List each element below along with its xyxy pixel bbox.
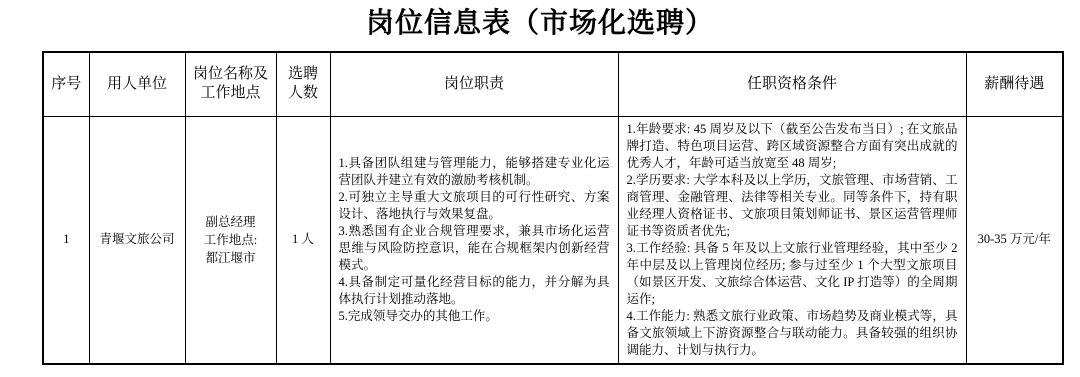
cell-qualifications: 1.年龄要求: 45 周岁及以下（截至公告发布当日）; 在文旅品牌打造、特色项目… <box>618 116 966 364</box>
cell-duties: 1.具备团队组建与管理能力，能够搭建专业化运营团队并建立有效的激励考核机制。 2… <box>330 116 618 364</box>
duty-item: 3.熟悉国有企业合规管理要求，兼具市场化运营思维与风险防控意识，能在合规框架内创… <box>339 223 610 274</box>
duty-item: 5.完成领导交办的其他工作。 <box>339 308 610 325</box>
col-header-qualifications: 任职资格条件 <box>618 52 966 116</box>
col-header-salary: 薪酬待遇 <box>966 52 1063 116</box>
col-header-duties: 岗位职责 <box>330 52 618 116</box>
qualification-item: 1.年龄要求: 45 周岁及以下（截至公告发布当日）; 在文旅品牌打造、特色项目… <box>627 121 958 172</box>
table-row: 1 青堰文旅公司 副总经理 工作地点: 都江堰市 1 人 1.具备团队组建与管理… <box>43 116 1063 364</box>
work-location-label: 工作地点: <box>190 231 272 249</box>
page-title: 岗位信息表（市场化选聘） <box>0 6 1080 42</box>
work-location-value: 都江堰市 <box>190 249 272 267</box>
cell-headcount: 1 人 <box>276 116 330 364</box>
position-name: 副总经理 <box>190 213 272 231</box>
duty-item: 2.可独立主导重大文旅项目的可行性研究、方案设计、落地执行与效果复盘。 <box>339 189 610 223</box>
cell-seq: 1 <box>43 116 89 364</box>
qualification-item: 4.工作能力: 熟悉文旅行业政策、市场趋势及商业模式等，具备文旅领域上下游资源整… <box>627 308 958 359</box>
col-header-position-location: 岗位名称及 工作地点 <box>185 52 276 116</box>
position-info-table: 序号 用人单位 岗位名称及 工作地点 选聘 人数 岗位职责 任职资格条件 薪酬待… <box>42 51 1064 365</box>
cell-employer: 青堰文旅公司 <box>89 116 185 364</box>
qualification-item: 3.工作经验: 具备 5 年及以上文旅行业管理经验，其中至少 2 年中层及以上管… <box>627 240 958 308</box>
duty-item: 4.具备制定可量化经营目标的能力，并分解为具体执行计划推动落地。 <box>339 274 610 308</box>
document-page: 岗位信息表（市场化选聘） 序号 用人单位 岗位名称及 工作地点 选聘 人数 岗位… <box>0 0 1080 377</box>
col-header-seq: 序号 <box>43 52 89 116</box>
duty-item: 1.具备团队组建与管理能力，能够搭建专业化运营团队并建立有效的激励考核机制。 <box>339 155 610 189</box>
cell-salary: 30-35 万元/年 <box>966 116 1063 364</box>
col-header-headcount: 选聘 人数 <box>276 52 330 116</box>
header-row: 序号 用人单位 岗位名称及 工作地点 选聘 人数 岗位职责 任职资格条件 薪酬待… <box>43 52 1063 116</box>
cell-position-location: 副总经理 工作地点: 都江堰市 <box>185 116 276 364</box>
qualification-item: 2.学历要求: 大学本科及以上学历，文旅管理、市场营销、工商管理、金融管理、法律… <box>627 172 958 240</box>
col-header-employer: 用人单位 <box>89 52 185 116</box>
